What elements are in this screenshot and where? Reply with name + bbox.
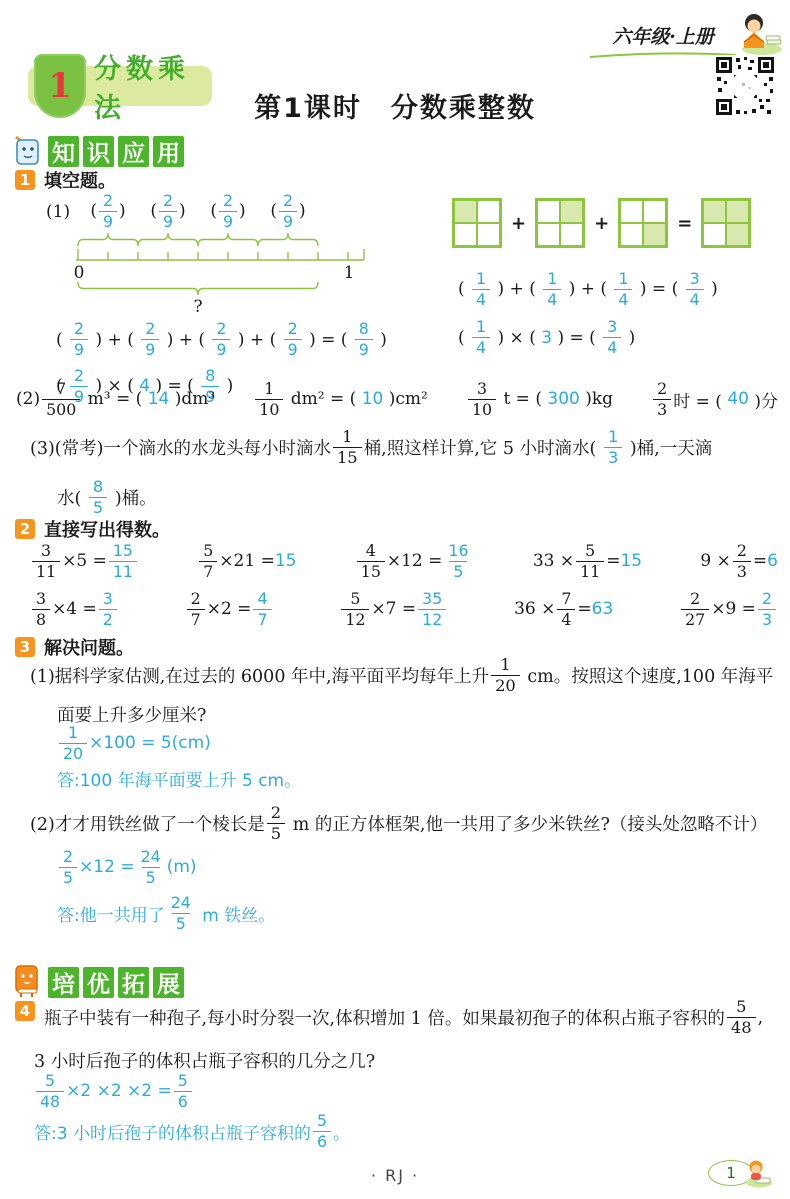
conversion-t: 310 t = ( 300 )kg (466, 380, 613, 418)
q3-problem2-line1: (2)才才用铁丝做了一个棱长是25 m 的正方体框架,他一共用了多少米铁丝?（接… (30, 804, 767, 843)
numline-zero: 0 (74, 263, 85, 283)
fraction-2-9: (29) (78, 192, 138, 230)
q4-number: 4 (15, 1001, 35, 1021)
q2-item: 227×9 =23 (679, 590, 778, 628)
numline-question: ? (193, 297, 202, 316)
q1-part2: (2)7500 m³ = ( 14 )dm³ 110 dm² = ( 10 )c… (16, 380, 778, 418)
quarter-grid-1 (452, 198, 502, 248)
q1-part1-left: (1) (29) (29) (29) (29) (46, 192, 446, 405)
q3-problem1-solution: 120×100 = 5(cm) (57, 724, 211, 762)
section-knowledge-badge: 知 识 应 用 (12, 133, 184, 167)
q2-item: 311×5 =1511 (30, 542, 139, 580)
plus-sign: + (594, 213, 609, 234)
q1-title: 填空题。 (44, 167, 116, 193)
q2-row1: 311×5 =1511 57×21 =15 415×12 =165 33 ×51… (30, 542, 778, 580)
q4-answer: 答:3 小时后孢子的体积占瓶子容积的56。 (34, 1112, 350, 1150)
q2-item: 27×2 =47 (185, 590, 274, 628)
q3-problem1-answer: 答:100 年海平面要上升 5 cm。 (57, 766, 301, 791)
conversion-time: 23时 = ( 40 )分 (651, 380, 778, 418)
numline-one: 1 (344, 263, 355, 283)
section-knowledge-char: 知 (48, 136, 79, 167)
q2-item: 57×21 =15 (197, 542, 296, 580)
footer-mark: · RJ · (0, 1166, 790, 1185)
section-knowledge-char: 应 (118, 136, 149, 167)
q2-item: 38×4 =32 (30, 590, 119, 628)
q2-header: 2 直接写出得数。 (15, 516, 170, 542)
number-line-diagram: 0 1 ? (70, 230, 370, 316)
section-knowledge-char: 识 (83, 136, 114, 167)
q1-number: 1 (15, 170, 35, 190)
grid-diagram: + + = (452, 198, 782, 248)
q1-part1-right: + + = ( 14 ) + ( 14 ) + ( 14 ) = ( 34 ) … (452, 198, 782, 357)
q3-problem2-solution: 25×12 =245(m) (57, 848, 197, 886)
conversion-m3: (2)7500 m³ = ( 14 )dm³ (16, 380, 215, 418)
q2-item: 33 ×511=15 (533, 542, 642, 580)
q4-block: 4瓶子中装有一种孢子,每小时分裂一次,体积增加 1 倍。如果最初孢子的体积占瓶子… (15, 998, 785, 1037)
q3-problem1-line1: (1)据科学家估测,在过去的 6000 年中,海平面平均每年上升120 cm。按… (30, 656, 773, 695)
fraction-row: (29) (29) (29) (29) (78, 192, 318, 230)
q2-title: 直接写出得数。 (44, 516, 170, 542)
edition-text: 六年级·上册 (612, 26, 714, 48)
section-advanced-char: 优 (83, 967, 114, 998)
quarter-grid-result (701, 198, 751, 248)
book-elf-icon (12, 962, 42, 998)
q2-item: 415×12 =165 (355, 542, 475, 580)
q1-quarter-addition-equation: ( 14 ) + ( 14 ) + ( 14 ) = ( 34 ) (458, 270, 718, 308)
section-advanced-char: 拓 (118, 967, 149, 998)
writing-kid-icon (744, 1158, 774, 1188)
q1-part1-label: (1) (46, 202, 70, 222)
q4-line2: 3 小时后孢子的体积占瓶子容积的几分之几? (34, 1048, 375, 1073)
quarter-grid-2 (535, 198, 585, 248)
q1-header: 1 填空题。 (15, 167, 116, 193)
quarter-grid-3 (618, 198, 668, 248)
q1-part3-line2: 水( 85 )桶。 (57, 478, 157, 517)
lesson-title: 第1课时 分数乘整数 (0, 86, 790, 125)
section-knowledge-char: 用 (153, 136, 184, 167)
q3-number: 3 (15, 637, 35, 657)
fraction-2-9: (29) (138, 192, 198, 230)
q2-item: 9 ×23=6 (700, 542, 778, 580)
fraction-2-9: (29) (198, 192, 258, 230)
q4-line1: 瓶子中装有一种孢子,每小时分裂一次,体积增加 1 倍。如果最初孢子的体积占瓶子容… (44, 998, 763, 1037)
q2-row2: 38×4 =32 27×2 =47 512×7 =3512 36 ×74=63 … (30, 590, 778, 628)
q1-part3-line1: (3)(常考)一个滴水的水龙头每小时滴水115桶,照这样计算,它 5 小时滴水(… (30, 428, 712, 467)
q3-problem2-answer: 答:他一共用了245 m 铁丝。 (57, 894, 275, 932)
q2-item: 36 ×74=63 (514, 590, 613, 628)
section-advanced-char: 展 (153, 967, 184, 998)
qr-code (714, 55, 776, 117)
workbook-page: 六年级·上册 分数乘法 1 第1课时 分数乘整数 (0, 0, 790, 1199)
robot-icon (12, 133, 42, 167)
section-advanced-char: 培 (48, 967, 79, 998)
q1-addition-equation: ( 29 ) + ( 29 ) + ( 29 ) + ( 29 ) = ( 89… (56, 320, 387, 358)
q2-item: 512×7 =3512 (339, 590, 448, 628)
plus-sign: + (511, 213, 526, 234)
fraction-2-9: (29) (258, 192, 318, 230)
reading-kid-icon (736, 10, 784, 56)
section-advanced-badge: 培 优 拓 展 (12, 962, 184, 998)
q2-number: 2 (15, 519, 35, 539)
conversion-dm2: 110 dm² = ( 10 )cm² (253, 380, 428, 418)
edition-label: 六年级·上册 (588, 22, 738, 59)
q4-solution: 548×2 ×2 ×2 =56 (34, 1072, 194, 1110)
q1-quarter-multiplication-equation: ( 14 ) × ( 3 ) = ( 34 ) (458, 318, 635, 356)
equals-sign: = (677, 213, 692, 234)
page-number-badge: 1 (708, 1158, 774, 1188)
